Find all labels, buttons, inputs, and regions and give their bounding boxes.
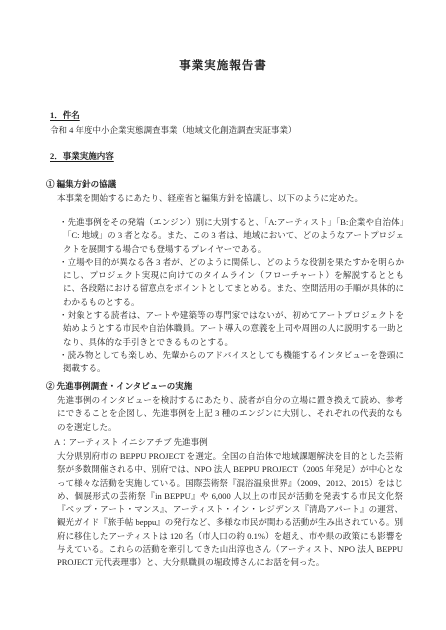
subsection-1-heading: ① 編集方針の協議 [46,178,116,190]
case-a-label: A：アーティスト イニシアチブ 先進事例 [54,436,208,449]
subsection-2-intro: 先進事例のインタビューを検討するにあたり、読者が自分の立場に置き換えて読め、参考… [57,394,403,434]
policy-bullet-roles-timeline: ・立場や目的が異なる各 3 者が、どのように関係し、どのような役割を果たすかを明… [59,256,404,309]
subsection-1-intro: 本事業を開始するにあたり、経産省と編集方針を協議し、以下のように定めた。 [57,192,403,205]
section-2-heading: 2．事業実施内容 [50,150,114,162]
policy-bullet-interview: ・読み物としても楽しめ、先輩からのアドバイスとしても機能するインタビューを巻頭に… [59,349,404,376]
section-1-heading: 1．件名 [50,109,80,121]
editorial-policy-bullet-list: ・先進事例をその発端（エンジン）別に大別すると、「A:アーティスト」「B:企業や… [59,216,404,376]
document-title: 事業実施報告書 [0,58,446,74]
case-a-body: 大分県別府市の BEPPU PROJECT を選定。全国の自治体で地域課題解決を… [57,450,403,570]
section-1-subject: 令和 4 年度中小企業実態調査事業（地域文化創造調査実証事業） [50,124,410,137]
subsection-2-heading: ② 先進事例調査・インタビューの実施 [46,380,192,392]
policy-bullet-target-readers: ・対象とする読者は、アートや建築等の専門家ではないが、初めてアートプロジェクトを… [59,309,404,349]
policy-bullet-engines: ・先進事例をその発端（エンジン）別に大別すると、「A:アーティスト」「B:企業や… [59,216,404,256]
report-page: 事業実施報告書 1．件名 令和 4 年度中小企業実態調査事業（地域文化創造調査実… [0,0,446,630]
